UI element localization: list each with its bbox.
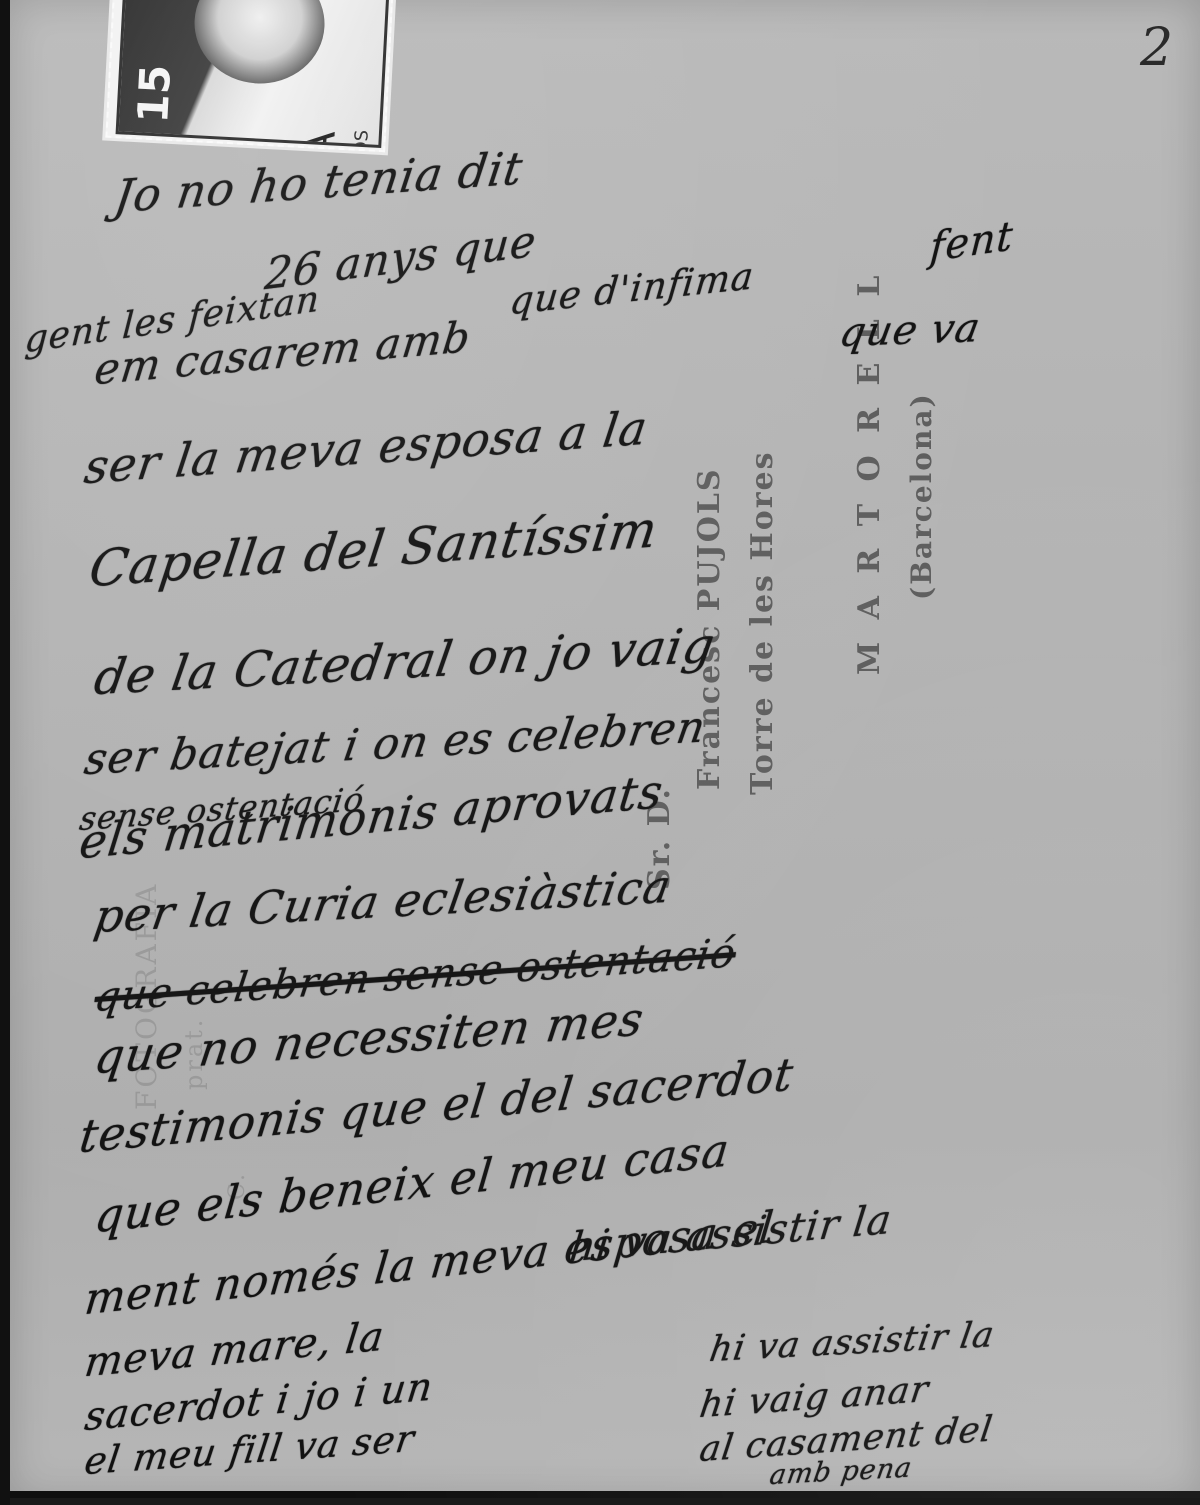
handwritten-line: fent (928, 213, 1015, 272)
handwritten-line: ser la meva esposa a la (81, 400, 651, 494)
handwritten-line: per la Curia eclesiàstica (91, 860, 676, 944)
handwritten-line: Jo no ho tenia dit (111, 141, 526, 223)
address-line: (Barcelona) (905, 392, 938, 600)
stamp-service: CORREOS (347, 129, 373, 148)
handwritten-line: hi va assistir la (707, 1315, 998, 1370)
page-number: 2 (1140, 18, 1173, 78)
stamp-portrait-icon (191, 0, 327, 87)
handwritten-line: que d'infima (508, 254, 757, 323)
stamp-country: ESPAÑA (287, 129, 345, 148)
handwritten-line: amb pena (768, 1452, 915, 1491)
stamp-value: 15 (128, 63, 180, 124)
card-bottom-edge (10, 1491, 1200, 1498)
card-left-edge (0, 0, 10, 1505)
handwritten-line: de la Catedral on jo vaig (91, 617, 720, 706)
postcard: 15 ESPAÑA CORREOS 2 Sr. D. Francesc PUJO… (10, 0, 1200, 1498)
handwritten-line: Capella del Santíssim (86, 500, 662, 598)
handwritten-line: que va (836, 305, 984, 356)
stamp-image: 15 ESPAÑA CORREOS (116, 0, 391, 148)
address-line: Torre de les Hores (745, 451, 780, 796)
postage-stamp: 15 ESPAÑA CORREOS (105, 0, 394, 152)
